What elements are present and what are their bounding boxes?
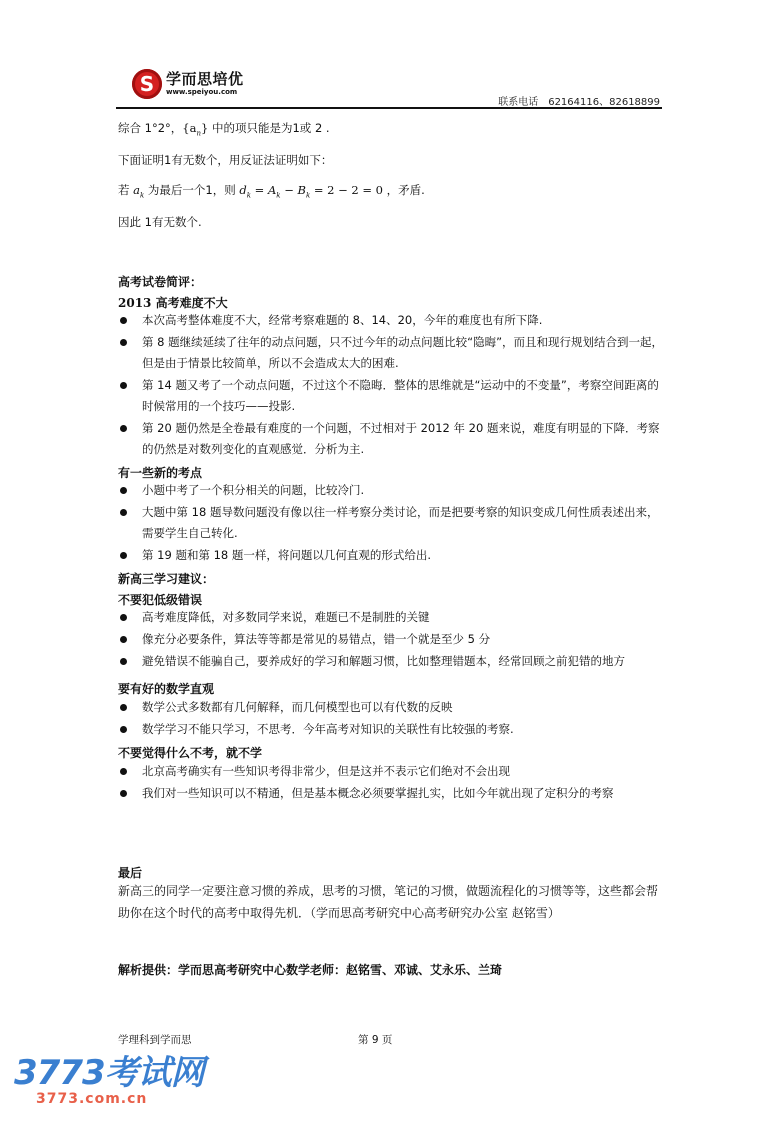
bullet-icon [120,726,127,733]
logo-s-icon: S [132,69,162,99]
section-heading: 不要犯低级错误 [118,591,202,608]
list-item: 高考难度降低，对多数同学来说，难题已不是制胜的关键 [118,607,664,628]
proof-line-3: 若 ak 为最后一个1，则 dk = Ak − Bk = 2 − 2 = 0 ，… [118,182,425,199]
list-item: 第 8 题继续延续了往年的动点问题，只不过今年的动点问题比较“隐晦”，而且和现行… [118,332,664,374]
section-heading: 2013 高考难度不大 [118,294,228,311]
list-item: 我们对一些知识可以不精通，但是基本概念必须要掌握扎实，比如今年就出现了定积分的考… [118,783,664,804]
bullet-icon [120,704,127,711]
section-heading: 要有好的数学直观 [118,680,214,697]
list-item: 数学学习不能只学习，不思考．今年高考对知识的关联性有比较强的考察. [118,719,664,740]
bullet-icon [120,658,127,665]
watermark-title: 3773考试网 [14,1056,204,1090]
section-heading: 有一些新的考点 [118,464,202,481]
bullet-icon [120,552,127,559]
set-an: {an} [182,121,208,135]
list-item: 避免错误不能骗自己，要养成好的学习和解题习惯，比如整理错题本，经常回顾之前犯错的… [118,651,664,672]
proof-line-1: 综合 1°2°，{an} 中的项只能是为1或 2 . [118,120,330,137]
section-heading: 不要觉得什么不考，就不学 [118,744,262,761]
page-header: S 学而思培优 www.speiyou.com 联系电话62164116、826… [116,64,662,106]
list-item: 北京高考确实有一些知识考得非常少，但是这并不表示它们绝对不会出现 [118,761,664,782]
watermark-url: 3773.com.cn [36,1092,204,1106]
bullet-icon [120,382,127,389]
bullet-icon [120,790,127,797]
bullet-icon [120,317,127,324]
footer-slogan: 学理科到学而思 [118,1032,192,1047]
review-title: 高考试卷简评： [118,273,202,290]
logo-url: www.speiyou.com [166,89,244,96]
proof-line-2: 下面证明1有无数个，用反证法证明如下： [118,152,332,168]
list-item: 第 19 题和第 18 题一样，将问题以几何直观的形式给出. [118,545,664,566]
list-item: 第 14 题又考了一个动点问题，不过这个不隐晦．整体的思维就是“运动中的不变量”… [118,375,664,417]
final-paragraph: 新高三的同学一定要注意习惯的养成，思考的习惯，笔记的习惯，做题流程化的习惯等等，… [118,880,664,924]
advice-title: 新高三学习建议： [118,570,214,587]
list-item: 数学公式多数都有几何解释，而几何模型也可以有代数的反映 [118,697,664,718]
bullet-icon [120,768,127,775]
credits: 解析提供：学而思高考研究中心数学老师：赵铭雪、邓诚、艾永乐、兰琦 [118,961,502,978]
list-item: 本次高考整体难度不大，经常考察难题的 8、14、20，今年的难度也有所下降. [118,310,664,331]
bullet-icon [120,636,127,643]
logo-name: 学而思培优 [166,72,244,87]
list-item: 像充分必要条件，算法等等都是常见的易错点，错一个就是至少 5 分 [118,629,664,650]
list-item: 大题中第 18 题导数问题没有像以往一样考察分类讨论，而是把要考察的知识变成几何… [118,502,664,544]
final-heading: 最后 [118,864,142,881]
bullet-icon [120,487,127,494]
brand-logo: S 学而思培优 www.speiyou.com [132,66,244,102]
contact-info: 联系电话62164116、82618899 [498,93,660,108]
equation: dk = Ak − Bk = 2 − 2 = 0 [239,183,383,197]
bullet-icon [120,509,127,516]
proof-line-4: 因此 1有无数个. [118,214,202,230]
bullet-icon [120,614,127,621]
watermark-logo: 3773考试网 3773.com.cn [14,1056,204,1106]
bullet-icon [120,425,127,432]
header-divider [116,107,662,109]
list-item: 第 20 题仍然是全卷最有难度的一个问题，不过相对于 2012 年 20 题来说… [118,418,664,460]
page-number: 第 9 页 [358,1032,392,1047]
list-item: 小题中考了一个积分相关的问题，比较冷门. [118,480,664,501]
bullet-icon [120,339,127,346]
